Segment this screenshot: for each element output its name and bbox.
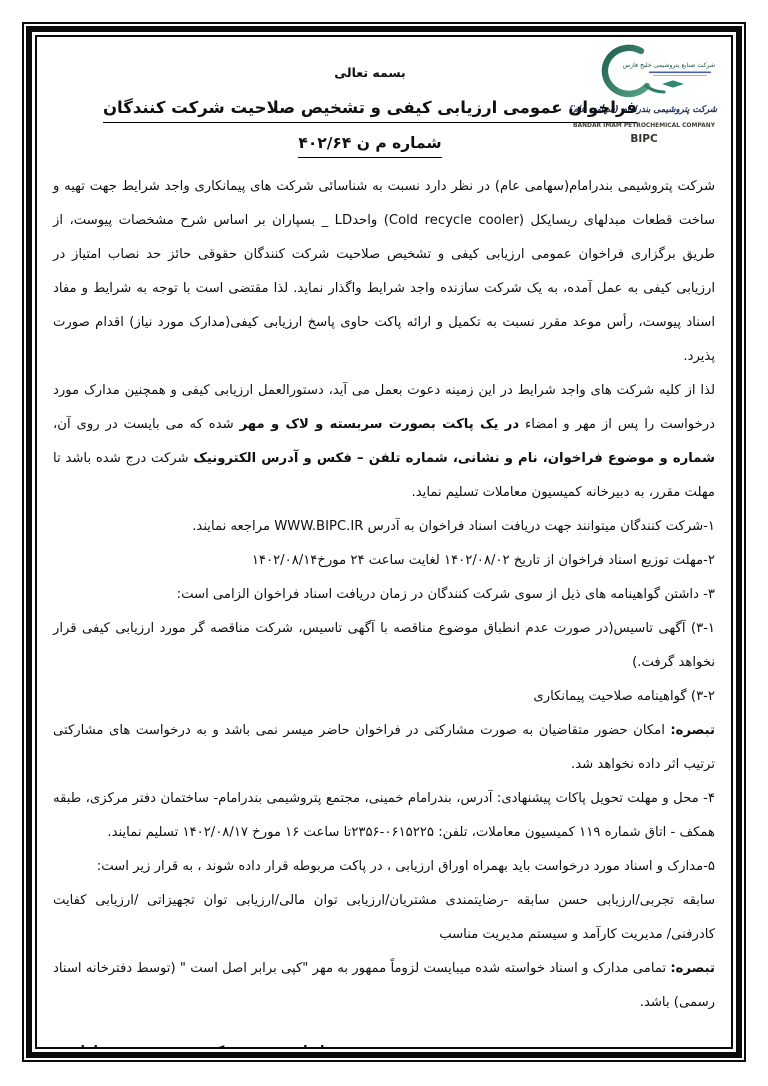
note-1-label: تبصره:	[670, 723, 715, 738]
footer-public-relations: روابط عمومی شرکت پتروشیمی بندر امام	[53, 1020, 715, 1049]
page-border-inner: شرکت صنایع پتروشیمی خلیج فارس شرکت پتروش…	[35, 35, 733, 1049]
evaluation-criteria: سابقه تجربی/ارزیابی حسن سابقه -رضایتمندی…	[53, 884, 715, 952]
document-body: شرکت پتروشیمی بندرامام(سهامی عام) در نظر…	[53, 170, 715, 1020]
note-2-certified-copies: تبصره: تمامی مدارک و اسناد خواسته شده می…	[53, 952, 715, 1020]
page-border-thick: شرکت صنایع پتروشیمی خلیج فارس شرکت پتروش…	[26, 26, 742, 1058]
paragraph-intro: شرکت پتروشیمی بندرامام(سهامی عام) در نظر…	[53, 170, 715, 374]
list-item-4-delivery-address: ۴- محل و مهلت تحویل پاکات پیشنهادی: آدرس…	[53, 782, 715, 850]
paragraph-submission: لذا از کلیه شرکت های واجد شرایط در این ز…	[53, 374, 715, 510]
note-1-no-consortium: تبصره: امکان حضور متقاضیان به صورت مشارک…	[53, 714, 715, 782]
note-2-text: تمامی مدارک و اسناد خواسته شده میبایست ل…	[53, 961, 715, 1010]
p2-bold-sealed-envelope: در یک پاکت بصورت سربسته و لاک و مهر	[240, 417, 520, 432]
document-title-text: فراخوان عمومی ارزیابی کیفی و تشخیص صلاحی…	[103, 98, 637, 123]
list-item-3-certificates: ۳- داشتن گواهینامه های ذیل از سوی شرکت ک…	[53, 578, 715, 612]
note-2-label: تبصره:	[670, 961, 715, 976]
list-item-1-website: ۱-شرکت کنندگان میتوانند جهت دریافت اسناد…	[53, 510, 715, 544]
note-1-text: امکان حضور متقاضیان به صورت مشارکتی در ف…	[53, 723, 715, 772]
list-item-3-1-establishment-notice: ۳-۱) آگهی تاسیس(در صورت عدم انطباق موضوع…	[53, 612, 715, 680]
p2-bold-envelope-labels: شماره و موضوع فراخوان، نام و نشانی، شمار…	[193, 451, 715, 466]
bismillah: بسمه تعالی	[39, 43, 701, 80]
p2-part2: شده که می بایست در روی آن،	[53, 417, 240, 432]
document-page: شرکت صنایع پتروشیمی خلیج فارس شرکت پتروش…	[0, 0, 768, 1086]
document-number: شماره م ن ۴۰۲/۶۴	[39, 134, 701, 152]
logo-diamond-icon	[662, 80, 684, 87]
document-header: شرکت صنایع پتروشیمی خلیج فارس شرکت پتروش…	[53, 43, 715, 152]
document-number-text: شماره م ن ۴۰۲/۶۴	[298, 134, 441, 158]
document-title: فراخوان عمومی ارزیابی کیفی و تشخیص صلاحی…	[39, 98, 701, 117]
list-item-5-required-documents: ۵-مدارک و اسناد مورد درخواست باید بهمراه…	[53, 850, 715, 884]
page-border-outer: شرکت صنایع پتروشیمی خلیج فارس شرکت پتروش…	[22, 22, 746, 1062]
list-item-3-2-contractor-certificate: ۳-۲) گواهینامه صلاحیت پیمانکاری	[53, 680, 715, 714]
list-item-2-deadline: ۲-مهلت توزیع اسناد فراخوان از تاریخ ۱۴۰۲…	[53, 544, 715, 578]
